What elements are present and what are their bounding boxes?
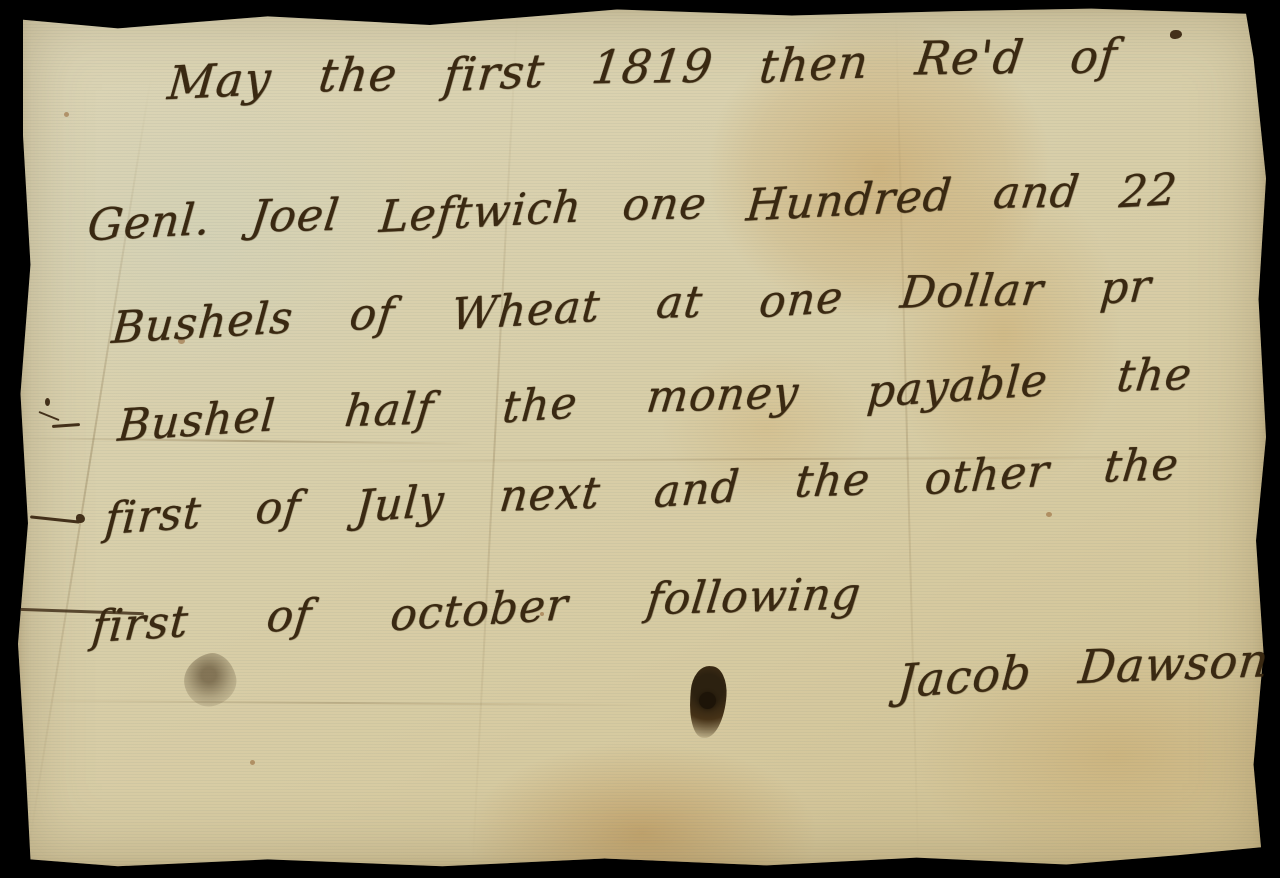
handwriting-line: firstofJulynextandtheotherthe	[104, 440, 1180, 543]
handwriting-word: the	[792, 454, 872, 508]
handwriting-word: one	[757, 272, 845, 328]
handwriting-word: payable	[865, 355, 1050, 418]
handwriting-word: Dollar	[897, 264, 1046, 318]
signature-word: Dawson	[1077, 633, 1273, 694]
handwriting-word: following	[644, 568, 864, 625]
handwriting-word: Genl.	[86, 194, 213, 252]
handwriting-word: first	[90, 596, 191, 653]
handwriting-word: the	[315, 47, 400, 102]
handwriting-word: the	[500, 377, 579, 433]
handwriting-word: Bushel	[116, 390, 278, 452]
handwriting-line: Bushelhalfthemoneypayablethe	[117, 349, 1193, 449]
handwriting-word: of	[254, 482, 304, 535]
handwriting-word: first	[103, 487, 203, 545]
photo-background: Maythefirst1819thenRe'dofGenl.JoelLeftwi…	[0, 0, 1280, 878]
handwriting-word: the	[1114, 349, 1195, 403]
handwriting-word: one	[620, 178, 710, 231]
handwriting-word: of	[1068, 28, 1120, 84]
handwriting-word: first	[441, 43, 547, 102]
handwriting-word: and	[653, 461, 742, 518]
handwriting-word: october	[389, 579, 571, 641]
handwriting-word: Bushels	[110, 292, 296, 354]
handwriting-word: 22	[1117, 164, 1180, 218]
handwriting-word: at	[654, 277, 706, 329]
handwriting-word: 1819	[589, 39, 717, 95]
handwriting-layer: Maythefirst1819thenRe'dofGenl.JoelLeftwi…	[0, 0, 1280, 878]
handwriting-word: then	[757, 34, 871, 93]
signature-word: Jacob	[896, 644, 1033, 708]
handwriting-word: half	[342, 383, 436, 437]
handwriting-word: Joel	[248, 190, 342, 243]
handwriting-word: Wheat	[449, 281, 602, 341]
handwriting-word: the	[1101, 439, 1181, 493]
handwriting-word: of	[265, 590, 315, 642]
handwriting-word: Re'd	[913, 30, 1028, 86]
handwriting-word: money	[644, 367, 802, 423]
handwriting-word: May	[165, 51, 274, 110]
handwriting-word: and	[990, 166, 1082, 219]
handwriting-word: other	[923, 445, 1051, 505]
handwriting-word: Leftwich	[378, 181, 585, 243]
handwriting-line: firstofoctoberfollowing	[91, 568, 862, 651]
handwriting-line: Maythefirst1819thenRe'dof	[167, 27, 1118, 108]
handwriting-word: pr	[1098, 260, 1153, 314]
handwriting-line: BushelsofWheatatoneDollarpr	[111, 260, 1152, 351]
handwriting-word: of	[347, 288, 398, 340]
signature: JacobDawson	[897, 633, 1271, 706]
handwriting-word: July	[354, 475, 447, 532]
handwriting-word: next	[497, 467, 603, 522]
handwriting-word: Hundred	[745, 170, 955, 232]
handwriting-line: Genl.JoelLeftwichoneHundredand22	[87, 164, 1178, 249]
